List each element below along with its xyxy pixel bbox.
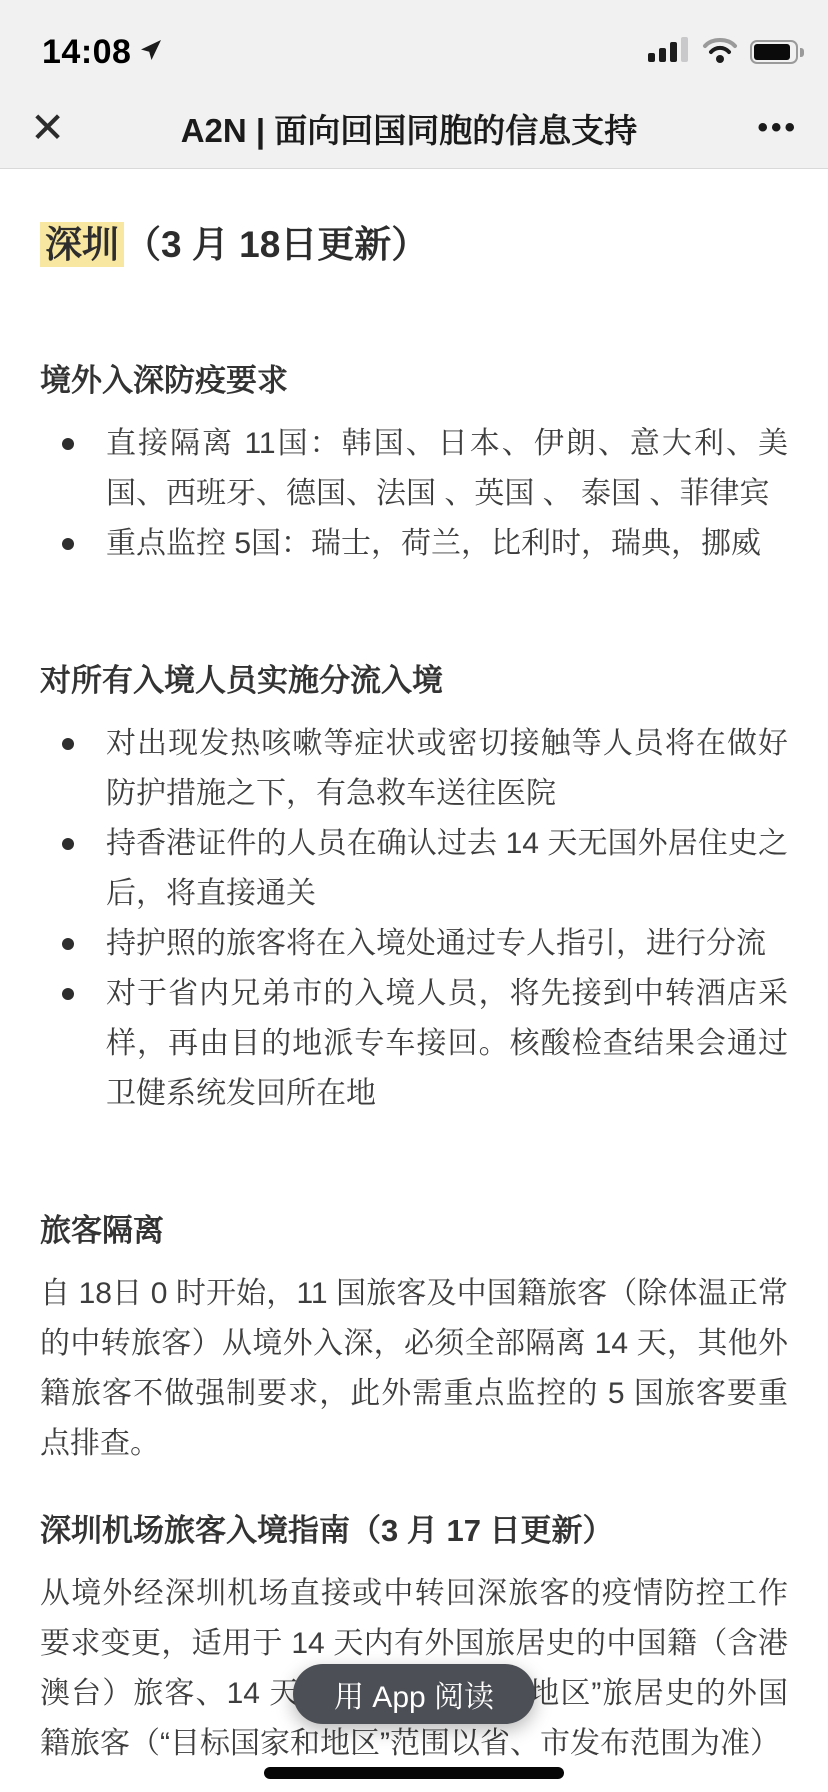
- list-item-text: 对于省内兄弟市的入境人员，将先接到中转酒店采样，再由目的地派专车接回。核酸检查结…: [106, 977, 788, 1110]
- section-heading-quarantine: 旅客隔离: [40, 1209, 788, 1253]
- list-item: 持护照的旅客将在入境处通过专人指引，进行分流: [40, 919, 788, 969]
- bullet-dot: [62, 738, 74, 750]
- read-in-app-button[interactable]: 用 App 阅读: [293, 1664, 535, 1724]
- status-bar: 14:08: [0, 0, 828, 88]
- article-content: 深圳（3 月 18日更新） 境外入深防疫要求 直接隔离 11国：韩国、日本、伊朗…: [0, 169, 828, 1769]
- close-icon[interactable]: ✕: [30, 107, 90, 149]
- location-arrow-icon: [139, 38, 163, 67]
- list-item-text: 直接隔离 11国：韩国、日本、伊朗、意大利、美国、西班牙、德国、法国 、英国 、…: [106, 427, 788, 510]
- battery-icon: [750, 40, 798, 64]
- battery-fill: [754, 44, 790, 60]
- top-chrome: 14:08: [0, 0, 828, 169]
- list-item-text: 持护照的旅客将在入境处通过专人指引，进行分流: [106, 927, 766, 960]
- bullet-dot: [62, 438, 74, 450]
- bullet-dot: [62, 838, 74, 850]
- list-item-text: 持香港证件的人员在确认过去 14 天无国外居住史之后，将直接通关: [106, 827, 788, 910]
- wifi-icon: [702, 36, 738, 68]
- list-item: 直接隔离 11国：韩国、日本、伊朗、意大利、美国、西班牙、德国、法国 、英国 、…: [40, 419, 788, 519]
- bullet-dot: [62, 538, 74, 550]
- page-title: A2N | 面向回国同胞的信息支持: [90, 105, 728, 152]
- article-title-highlight: 深圳: [40, 222, 124, 267]
- cellular-signal-icon: [648, 37, 690, 68]
- status-bar-left: 14:08: [42, 33, 163, 72]
- bullet-dot: [62, 988, 74, 1000]
- list-item: 持香港证件的人员在确认过去 14 天无国外居住史之后，将直接通关: [40, 819, 788, 919]
- list-item: 对出现发热咳嗽等症状或密切接触等人员将在做好防护措施之下，有急救车送往医院: [40, 719, 788, 819]
- section-heading-airport-guide: 深圳机场旅客入境指南（3 月 17 日更新）: [40, 1509, 788, 1553]
- list-item: 对于省内兄弟市的入境人员，将先接到中转酒店采样，再由目的地派专车接回。核酸检查结…: [40, 969, 788, 1119]
- bullet-list-diversion: 对出现发热咳嗽等症状或密切接触等人员将在做好防护措施之下，有急救车送往医院 持香…: [40, 719, 788, 1119]
- clock: 14:08: [42, 33, 131, 72]
- section-heading-entry-requirements: 境外入深防疫要求: [40, 359, 788, 403]
- list-item: 重点监控 5国：瑞士，荷兰，比利时，瑞典，挪威: [40, 519, 788, 569]
- bullet-dot: [62, 938, 74, 950]
- status-bar-right: [648, 36, 798, 68]
- more-options-icon[interactable]: •••: [728, 118, 798, 138]
- article-title: 深圳（3 月 18日更新）: [40, 221, 788, 269]
- article-title-rest: （3 月 18日更新）: [124, 224, 428, 265]
- nav-bar: ✕ A2N | 面向回国同胞的信息支持 •••: [0, 88, 828, 168]
- section-heading-diversion: 对所有入境人员实施分流入境: [40, 659, 788, 703]
- paragraph-quarantine: 自 18日 0 时开始，11 国旅客及中国籍旅客（除体温正常的中转旅客）从境外入…: [40, 1269, 788, 1469]
- bullet-list-entry-requirements: 直接隔离 11国：韩国、日本、伊朗、意大利、美国、西班牙、德国、法国 、英国 、…: [40, 419, 788, 569]
- list-item-text: 对出现发热咳嗽等症状或密切接触等人员将在做好防护措施之下，有急救车送往医院: [106, 727, 788, 810]
- list-item-text: 重点监控 5国：瑞士，荷兰，比利时，瑞典，挪威: [106, 527, 761, 560]
- home-indicator[interactable]: [264, 1767, 564, 1779]
